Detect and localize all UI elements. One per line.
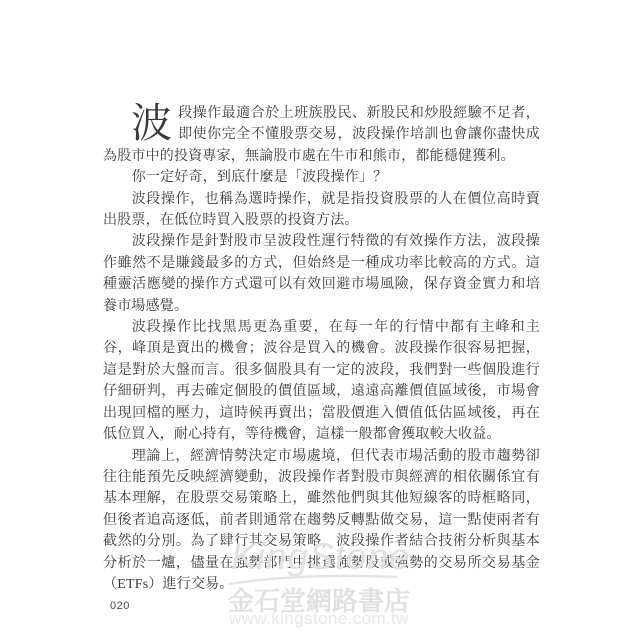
paragraph: 波段操作，也稱為選時操作，就是指投資股票的人在價位高時賣出股票，在低位時買入股票… (103, 189, 540, 232)
paragraph: 波段操作是針對股市呈波段性運行特徵的有效操作方法，波段操作雖然不是賺錢最多的方式… (103, 231, 540, 317)
dropcap-character: 波 (103, 103, 178, 145)
paragraph: 波段操作比找黑馬更為重要，在每一年的行情中都有主峰和主谷，峰頂是賣出的機會；波谷… (103, 317, 540, 445)
book-page: 波段操作最適合於上班族股民、新股民和炒股經驗不足者，即使你完全不懂股票交易，波段… (0, 0, 640, 640)
paragraph: 你一定好奇，到底什麼是「波段操作」？ (103, 167, 540, 188)
paragraph: 波段操作最適合於上班族股民、新股民和炒股經驗不足者，即使你完全不懂股票交易，波段… (103, 103, 540, 167)
page-number: 020 (110, 600, 130, 612)
kingstone-url-watermark: www.kingstone.com.tw (229, 609, 409, 629)
article-text-block: 波段操作最適合於上班族股民、新股民和炒股經驗不足者，即使你完全不懂股票交易，波段… (103, 103, 540, 595)
